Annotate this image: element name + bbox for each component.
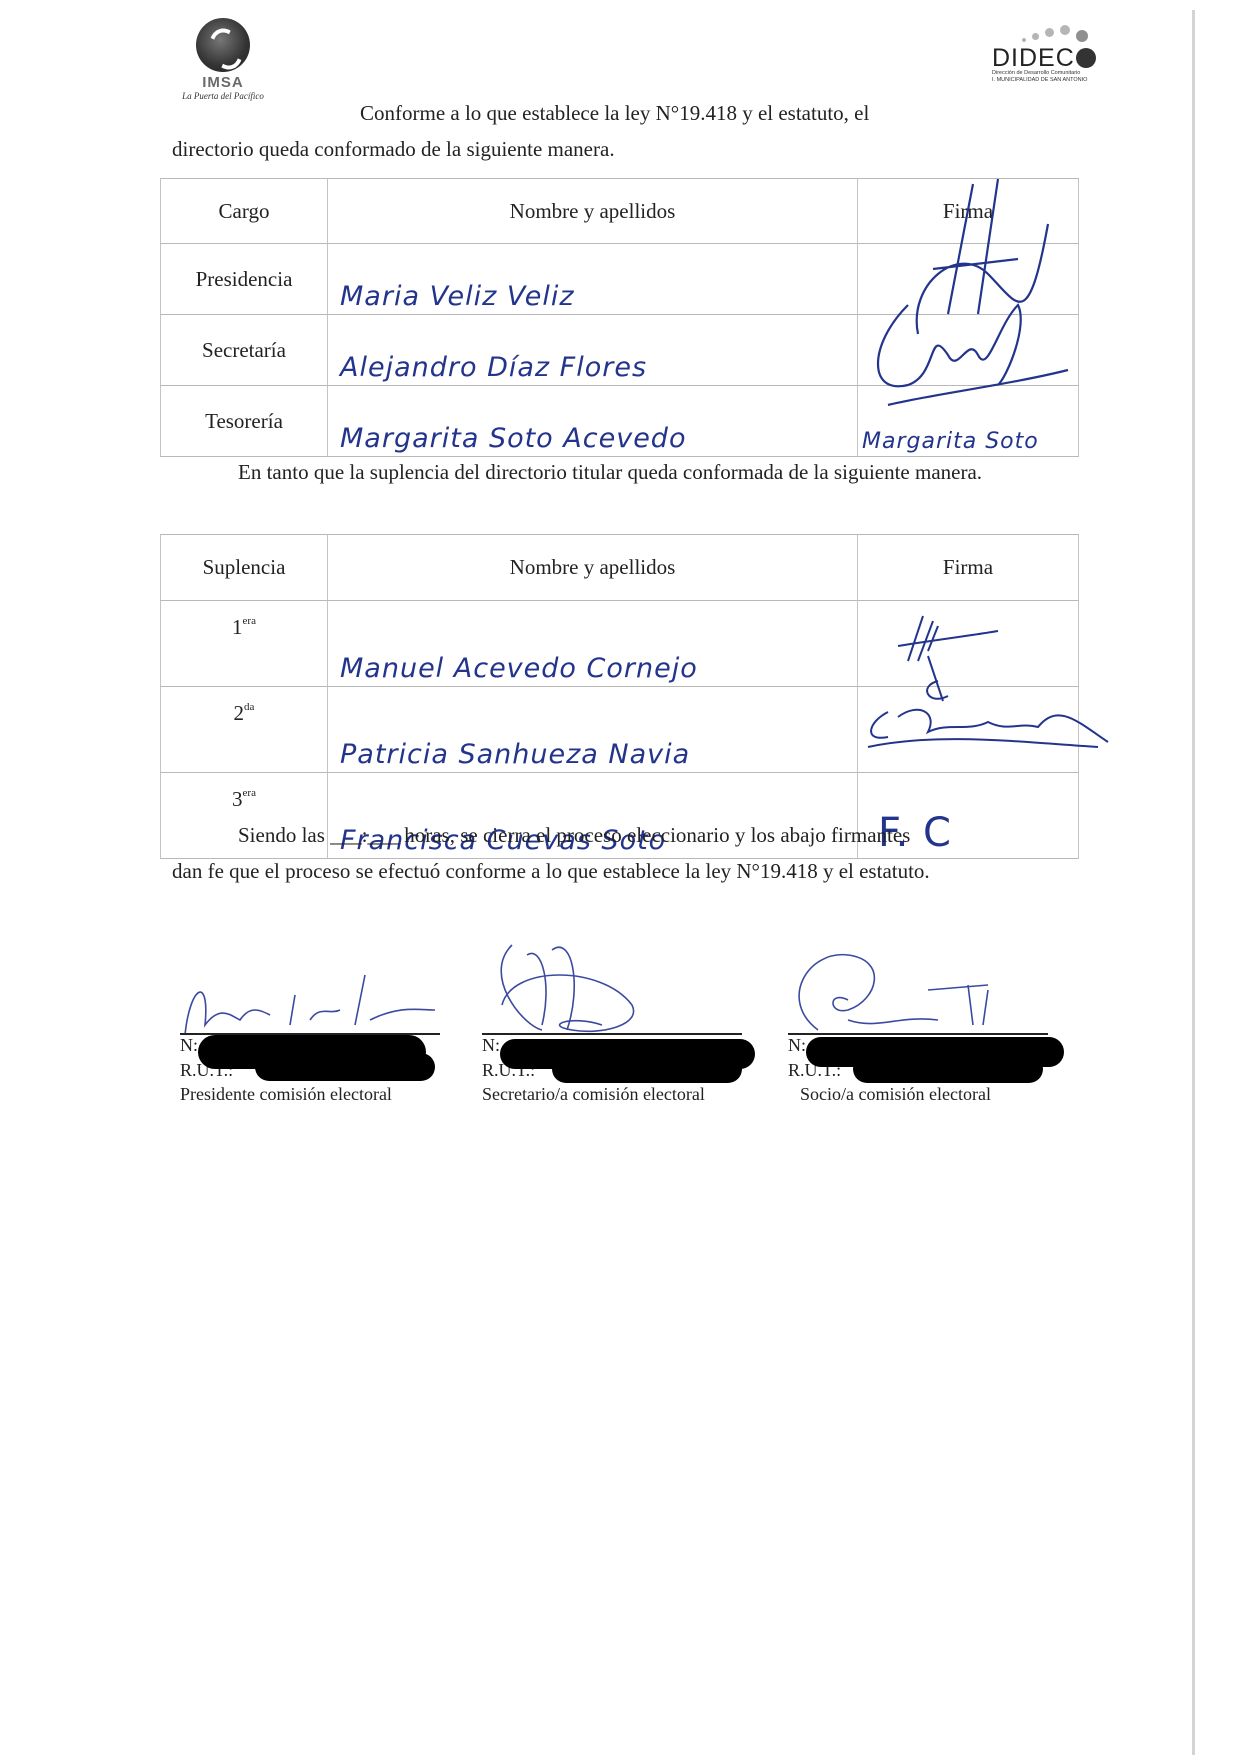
- scan-edge: [1192, 10, 1195, 1755]
- name-label: N:: [180, 1035, 198, 1056]
- role-cell: Presidencia: [160, 244, 328, 315]
- signature-cell: [858, 601, 1079, 687]
- signature-line: [482, 1033, 742, 1035]
- closing-line-1: Siendo las ___:___ horas, se cierra el p…: [172, 817, 1072, 853]
- intro-line-2: directorio queda conformado de la siguie…: [172, 137, 615, 161]
- closing-paragraph: Siendo las ___:___ horas, se cierra el p…: [172, 817, 1072, 889]
- dideco-name: DIDEC: [992, 46, 1132, 70]
- order-cell: 2da: [160, 687, 328, 773]
- header-firma: Firma: [858, 534, 1079, 601]
- handwritten-name: Alejandro Díaz Flores: [340, 352, 647, 383]
- imsa-emblem-icon: [196, 18, 250, 72]
- globe-icon: [1076, 48, 1096, 68]
- dideco-dots-icon: [992, 24, 1132, 46]
- name-cell: Patricia Sanhueza Navia: [328, 687, 858, 773]
- closing-line-2: dan fe que el proceso se efectuó conform…: [172, 853, 1072, 889]
- name-label: N:: [482, 1035, 500, 1056]
- handwritten-signature: Margarita Soto: [862, 429, 1039, 454]
- signature-scribble-icon: [788, 940, 1048, 1040]
- substitutes-table-header: Suplencia Nombre y apellidos Firma: [160, 534, 1079, 601]
- header-cargo: Cargo: [160, 178, 328, 244]
- imsa-name: IMSA: [163, 74, 283, 91]
- redaction-bar: [255, 1053, 435, 1081]
- redaction-bar: [853, 1055, 1043, 1083]
- table-row: Tesorería Margarita Soto Acevedo Margari…: [160, 386, 1079, 457]
- table-row: 2da Patricia Sanhueza Navia: [160, 687, 1079, 773]
- dideco-subtitle-1: Dirección de Desarrollo Comunitario: [992, 70, 1132, 77]
- role-cell: Secretaría: [160, 315, 328, 386]
- signatory-president: N: R.U.T.: Presidente comisión electoral: [180, 945, 450, 1125]
- signature-cell: Margarita Soto: [858, 386, 1079, 457]
- role-label: Socio/a comisión electoral: [800, 1084, 991, 1105]
- signatory-member: N: R.U.T.: Socio/a comisión electoral: [788, 945, 1058, 1125]
- signature-line: [788, 1033, 1048, 1035]
- signatory-secretary: N: R.U.T.: Secretario/a comisión elector…: [482, 945, 752, 1125]
- handwritten-name: Margarita Soto Acevedo: [340, 423, 686, 454]
- signature-cell: [858, 687, 1079, 773]
- signature-cell: [858, 315, 1079, 386]
- redaction-bar: [552, 1055, 742, 1083]
- role-label: Presidente comisión electoral: [180, 1084, 392, 1105]
- handwritten-name: Manuel Acevedo Cornejo: [340, 653, 698, 684]
- intro-line-1: Conforme a lo que establece la ley N°19.…: [172, 95, 972, 131]
- intro-paragraph: Conforme a lo que establece la ley N°19.…: [172, 95, 972, 167]
- name-label: N:: [788, 1035, 806, 1056]
- board-table: Cargo Nombre y apellidos Firma Presidenc…: [160, 178, 1079, 457]
- header-suplencia: Suplencia: [160, 534, 328, 601]
- name-cell: Maria Veliz Veliz: [328, 244, 858, 315]
- role-cell: Tesorería: [160, 386, 328, 457]
- name-cell: Margarita Soto Acevedo: [328, 386, 858, 457]
- table-row: Secretaría Alejandro Díaz Flores: [160, 315, 1079, 386]
- role-label: Secretario/a comisión electoral: [482, 1084, 705, 1105]
- handwritten-name: Patricia Sanhueza Navia: [340, 739, 690, 770]
- header-nombre: Nombre y apellidos: [328, 534, 858, 601]
- handwritten-name: Maria Veliz Veliz: [340, 281, 575, 312]
- dideco-logo: DIDEC Dirección de Desarrollo Comunitari…: [992, 24, 1132, 84]
- name-cell: Alejandro Díaz Flores: [328, 315, 858, 386]
- dideco-subtitle-2: I. MUNICIPALIDAD DE SAN ANTONIO: [992, 77, 1132, 84]
- signature-scribble-icon: [858, 692, 1118, 772]
- signature-scribble-icon: [482, 935, 742, 1045]
- order-cell: 1era: [160, 601, 328, 687]
- header-nombre: Nombre y apellidos: [328, 178, 858, 244]
- substitutes-intro: En tanto que la suplencia del directorio…: [172, 454, 1072, 490]
- name-cell: Manuel Acevedo Cornejo: [328, 601, 858, 687]
- table-row: 1era Manuel Acevedo Cornejo: [160, 601, 1079, 687]
- substitutes-table: Suplencia Nombre y apellidos Firma 1era …: [160, 534, 1079, 859]
